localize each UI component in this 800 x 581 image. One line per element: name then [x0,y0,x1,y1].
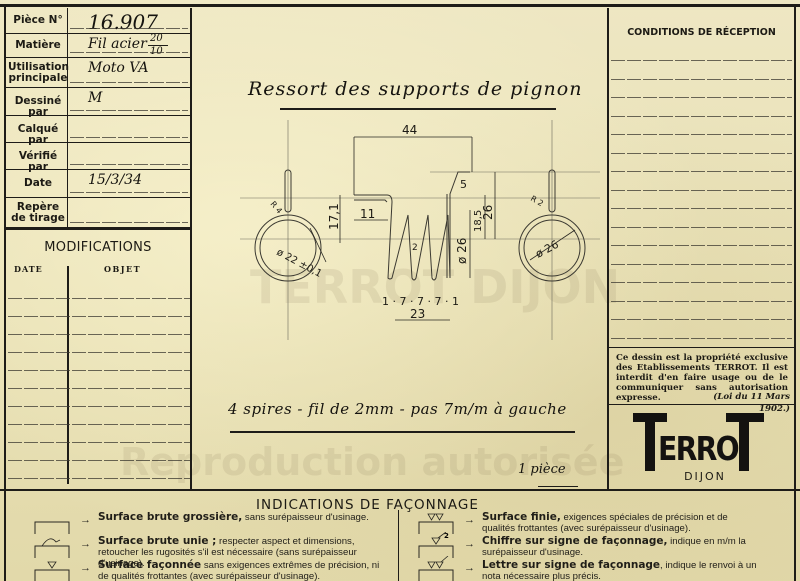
field-value: 15/3/34 [88,172,142,188]
reception-line [611,116,792,117]
reception-line [611,171,792,172]
modifications-col-objet: OBJET [104,264,164,274]
reception-line [611,190,792,191]
quantity: 1 pièce [518,462,566,477]
svg-text:2: 2 [444,532,449,540]
row-divider [6,169,190,170]
modification-row [8,424,190,425]
row-divider [6,197,190,198]
value-underline [70,110,188,111]
row-divider [6,57,190,58]
indication-text: Chiffre sur signe de façonnage, indique … [482,536,757,558]
value-underline [70,164,188,165]
field-label: Pièce N° [8,15,68,26]
arrow-icon: → [464,562,475,574]
indication-text: Surface façonnée sans exigences extrêmes… [98,560,388,581]
modification-row [8,406,190,407]
field-value: Fil acier [88,36,147,52]
spring-drawing: 44 11 17,1 2 ø 26 18,5 26 5 1 · 7 · 7 · … [240,120,600,340]
drawing-sheet: Reproduction autorisée TERROT DIJON Pièc… [0,0,800,581]
reception-title: CONDITIONS DE RÉCEPTION [609,27,794,38]
arrow-icon: → [80,562,91,574]
modification-row [8,388,190,389]
dimension-l-r: R 4 [268,200,283,216]
value-underline [70,137,188,138]
dimension-11: 11 [360,207,375,221]
reception-line [611,227,792,228]
symbol-wrapper [416,556,456,581]
row-divider [6,142,190,143]
reception-line [611,338,792,339]
indication-bold: Surface finie, [482,511,561,523]
row-divider [6,87,190,88]
dimension-2: 2 [412,243,418,253]
fraction-num: 20 [150,33,163,44]
reception-line [611,264,792,265]
reception-line [611,319,792,320]
indication-bold: Chiffre sur signe de façonnage, [482,535,667,547]
field-label: Utilisation principale [8,62,68,84]
reception-line [611,153,792,154]
modifications-col-date: DATE [14,264,54,274]
field-value: 16.907 [88,10,158,34]
reception-line [611,79,792,80]
field-value: Moto VA [88,60,149,76]
indication-bold: Surface brute unie ; [98,535,216,547]
reception-line [611,245,792,246]
row-divider [6,115,190,116]
dimension-r-dia: ø 26 [533,238,561,261]
indication-bold: Lettre sur signe de façonnage [482,559,660,571]
modification-row [8,370,190,371]
terrot-logo: ERRO [628,408,773,476]
reception-line [611,60,792,61]
symbol-wrapper [32,556,72,581]
modification-row [8,478,190,479]
reception-line [611,208,792,209]
dimension-23: 23 [410,307,425,321]
modification-row [8,334,190,335]
reception-line [611,282,792,283]
field-label: Matière [8,40,68,51]
reception-line [611,301,792,302]
drawing-title: Ressort des supports de pignon [248,78,582,100]
dimension-44: 44 [402,123,417,137]
modification-row [8,460,190,461]
reception-line [611,97,792,98]
modification-row [8,298,190,299]
reception-line [611,134,792,135]
arrow-icon: → [80,514,91,526]
indication-text: Surface finie, exigences spéciales de pr… [482,512,757,534]
indication-text: Surface brute grossière, sans surépaisse… [98,512,388,523]
faconnee-symbol-icon [32,556,72,581]
modification-row [8,316,190,317]
dimension-26: 26 [481,205,495,220]
svg-text:ERRO: ERRO [658,429,739,468]
field-label: Date [8,178,68,189]
arrow-icon: → [464,538,475,550]
indication-text: Lettre sur signe de façonnage, indique l… [482,560,757,581]
value-underline [70,28,188,29]
indication-bold: Surface façonnée [98,559,201,571]
value-underline [70,192,188,193]
brand-city: DIJON [665,470,745,483]
spring-spec: 4 spires - fil de 2mm - pas 7m/m à gauch… [228,400,567,418]
value-underline [70,82,188,83]
modifications-title: MODIFICATIONS [6,240,190,255]
modification-row [8,442,190,443]
lettre-symbol-icon [416,556,456,581]
indication-bold: Surface brute grossière, [98,511,242,523]
dimension-26c: ø 26 [455,238,469,264]
field-label: Repère de tirage [8,202,68,224]
arrow-icon: → [80,538,91,550]
field-value: M [88,90,102,106]
dimension-r-r: R 2 [529,194,545,208]
dimension-171: 17,1 [327,203,341,230]
arrow-icon: → [464,514,475,526]
modification-row [8,352,190,353]
value-underline [70,222,188,223]
dimension-5: 5 [460,178,467,191]
value-underline [70,52,188,53]
